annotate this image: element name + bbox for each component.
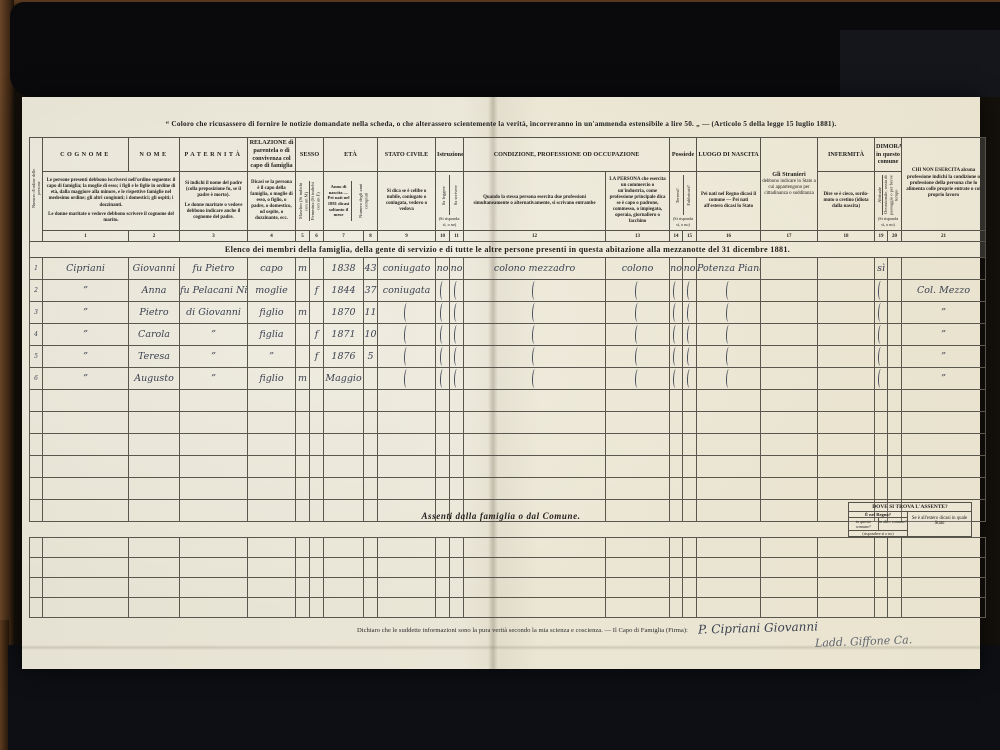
cell-paternita (180, 598, 248, 618)
ditto-squiggle (403, 325, 410, 344)
cell-dim_ab: sì (875, 258, 888, 280)
cell-infermita (818, 390, 875, 412)
cell-nome (129, 456, 180, 478)
cell-anni (364, 478, 378, 500)
colnum-9: 9 (378, 231, 436, 242)
cell-dim_ab (875, 302, 888, 324)
table-row (30, 598, 986, 618)
table-row: 2”Annafu Pelacani Nicolamoglief184437con… (30, 280, 986, 302)
ditto-squiggle (439, 303, 446, 322)
table-row (30, 478, 986, 500)
col-stranieri-header: Gli Stranieri debbono indicare lo Stato … (761, 138, 818, 231)
cell-stranieri (761, 538, 818, 558)
cell-stranieri (761, 478, 818, 500)
cell-persona (606, 368, 670, 390)
cell-dim_ab (875, 478, 888, 500)
col-luogo-header: LUOGO DI NASCITA (697, 138, 761, 172)
cell-stato (378, 346, 436, 368)
cell-relazione (248, 538, 296, 558)
cell-n (30, 578, 43, 598)
law-notice: “ Coloro che ricusassero di fornire le n… (22, 119, 980, 128)
cell-n (30, 456, 43, 478)
cell-scrive (450, 302, 464, 324)
cell-stato (378, 412, 436, 434)
cell-anni: 10 (364, 324, 378, 346)
cell-infermita (818, 368, 875, 390)
cell-anno (324, 390, 364, 412)
desc-donne-maritate: Le donne maritate o vedove debbono scriv… (45, 212, 177, 224)
ditto-squiggle (403, 303, 410, 322)
cell-infermita (818, 598, 875, 618)
dimora-abituale-label: Abituale (877, 187, 882, 203)
cell-nome (129, 390, 180, 412)
cell-n: 3 (30, 302, 43, 324)
cell-persona (606, 412, 670, 434)
cell-sm (296, 598, 310, 618)
cell-professione (464, 324, 606, 346)
stranieri-desc: debbono indicare lo Stato a cui apparten… (762, 179, 816, 197)
colnum-12: 12 (464, 231, 606, 242)
cell-luogo (697, 478, 761, 500)
cell-sf (310, 578, 324, 598)
cell-fabbricati (683, 412, 697, 434)
sa-scrivere-label: Sa scrivere (453, 185, 458, 205)
cell-persona (606, 346, 670, 368)
cell-luogo (697, 280, 761, 302)
cell-fabbricati (683, 324, 697, 346)
colnum-2: 2 (129, 231, 180, 242)
cell-sm: m (296, 368, 310, 390)
cell-stato (378, 390, 436, 412)
cell-paternita (180, 434, 248, 456)
cell-nome (129, 558, 180, 578)
col-possiede-header: Possiede (670, 138, 697, 172)
colnum-7: 7 (324, 231, 364, 242)
cell-dim_oc (888, 412, 902, 434)
cell-stranieri (761, 558, 818, 578)
cell-professione (464, 390, 606, 412)
cell-paternita (180, 478, 248, 500)
desc-nome-padre: Si indichi il nome del padre (colla prep… (182, 181, 245, 199)
cell-fabbricati (683, 598, 697, 618)
header-titles-row: Numero d'ordine delle persone COGNOME NO… (30, 138, 986, 172)
cell-paternita: fu Pelacani Nicola (180, 280, 248, 302)
cell-n (30, 412, 43, 434)
cell-terreni (670, 324, 683, 346)
cell-legge (436, 412, 450, 434)
cell-anno (324, 598, 364, 618)
cell-scrive (450, 346, 464, 368)
dove-estero-label: Se è all'estero dicasi in quale Stato (908, 512, 971, 536)
cell-relazione: moglie (248, 280, 296, 302)
colnum-14: 14 (670, 231, 683, 242)
cell-dim_ab (875, 598, 888, 618)
cell-alimenta (902, 390, 986, 412)
cell-luogo: Potenza Piana (697, 258, 761, 280)
desc-cognome-padre: Le donne maritate o vedove debbono indic… (182, 203, 245, 221)
cell-dim_ab (875, 368, 888, 390)
dove-nota: (rispondere sì o no) (849, 530, 907, 536)
sesso-maschio-label: Maschio (Si indichi con un M) (298, 181, 309, 221)
cell-sm (296, 434, 310, 456)
cell-alimenta: ” (902, 324, 986, 346)
cell-infermita (818, 538, 875, 558)
sa-leggere-label: Sa leggere (441, 186, 446, 205)
cell-nome (129, 598, 180, 618)
elenco-subtitle: Elenco dei membri della famiglia, della … (30, 242, 986, 258)
infermita-desc: Dire se è cieco, sordo-muto o cretino (i… (818, 172, 875, 231)
cell-luogo (697, 346, 761, 368)
cell-paternita (180, 390, 248, 412)
table-row: 4”Carola”figliaf187110” (30, 324, 986, 346)
cell-professione (464, 346, 606, 368)
cell-anno (324, 456, 364, 478)
cell-anno (324, 558, 364, 578)
cell-legge (436, 390, 450, 412)
cell-dim_ab (875, 346, 888, 368)
cell-infermita (818, 578, 875, 598)
cell-legge (436, 434, 450, 456)
cell-infermita (818, 258, 875, 280)
cell-dim_ab (875, 456, 888, 478)
cell-sf: f (310, 324, 324, 346)
declaration-text: Dichiaro che le suddette informazioni so… (357, 627, 688, 634)
colnum-5: 5 (296, 231, 310, 242)
cell-dim_oc (888, 346, 902, 368)
cell-infermita (818, 324, 875, 346)
ditto-squiggle (439, 369, 446, 388)
ditto-squiggle (531, 347, 538, 366)
colnum-4: 4 (248, 231, 296, 242)
possiede-note: (Si risponda sì, o no) (672, 216, 694, 227)
dove-regno-block: È nel Regno? in questo comune? in altro … (849, 512, 908, 536)
cell-anni (364, 598, 378, 618)
ditto-squiggle (403, 369, 410, 388)
cell-legge (436, 538, 450, 558)
ditto-squiggle (634, 347, 641, 366)
cell-dim_oc (888, 280, 902, 302)
cell-professione (464, 538, 606, 558)
luogo-desc: Pei nati nel Regno dicasi il comune — Pe… (697, 172, 761, 231)
stato-civile-desc: Si dica se è celibe o nubile, coniugato … (378, 172, 436, 231)
cell-professione (464, 302, 606, 324)
colnum-18: 18 (818, 231, 875, 242)
cell-anni (364, 390, 378, 412)
cell-relazione (248, 412, 296, 434)
cell-infermita (818, 558, 875, 578)
ditto-squiggle (725, 303, 732, 322)
assenti-title: Assenti dalla famiglia o dal Comune. (29, 511, 973, 521)
cell-relazione (248, 390, 296, 412)
cell-paternita (180, 538, 248, 558)
sesso-subcols: Maschio (Si indichi con un M) Femmina (S… (296, 172, 324, 231)
cell-terreni (670, 412, 683, 434)
cell-professione (464, 456, 606, 478)
cell-terreni (670, 346, 683, 368)
ditto-squiggle (634, 281, 641, 300)
cell-dim_oc (888, 390, 902, 412)
cell-stato (378, 324, 436, 346)
dove-questo-comune: in questo comune? (849, 518, 878, 530)
cell-professione: colono mezzadro (464, 258, 606, 280)
ditto-squiggle (686, 369, 693, 388)
subtitle-row: Elenco dei membri della famiglia, della … (30, 242, 986, 258)
cell-n: 6 (30, 368, 43, 390)
cell-sf (310, 412, 324, 434)
cell-cognome: ” (43, 346, 129, 368)
cell-nome: Carola (129, 324, 180, 346)
cell-alimenta (902, 456, 986, 478)
dimora-note: (Si risponda sì, o no) (877, 216, 899, 227)
col-dimora-header: DIMORA in questo comune (875, 138, 902, 172)
cell-dim_ab (875, 390, 888, 412)
cell-paternita: ” (180, 346, 248, 368)
cell-scrive (450, 280, 464, 302)
ditto-squiggle (686, 281, 693, 300)
cell-terreni: no (670, 258, 683, 280)
cell-anno (324, 412, 364, 434)
ditto-squiggle (453, 347, 460, 366)
cell-stranieri (761, 258, 818, 280)
cell-persona (606, 302, 670, 324)
cell-anni (364, 368, 378, 390)
cell-professione (464, 434, 606, 456)
cell-paternita (180, 412, 248, 434)
cell-nome (129, 538, 180, 558)
ditto-squiggle (634, 303, 641, 322)
col-eta-header: ETÀ (324, 138, 378, 172)
desc-persone-presenti: Le persone presenti debbono iscriversi n… (45, 178, 177, 209)
colnum-17: 17 (761, 231, 818, 242)
cell-anno: 1876 (324, 346, 364, 368)
cell-n: 2 (30, 280, 43, 302)
cell-legge (436, 346, 450, 368)
cell-scrive: no (450, 258, 464, 280)
cell-relazione: capo (248, 258, 296, 280)
cell-anni (364, 434, 378, 456)
cell-sf (310, 478, 324, 500)
cell-dim_ab (875, 434, 888, 456)
cell-legge (436, 368, 450, 390)
cell-stranieri (761, 598, 818, 618)
cell-dim_ab (875, 324, 888, 346)
cell-sm: m (296, 302, 310, 324)
ditto-squiggle (531, 325, 538, 344)
cell-sf (310, 598, 324, 618)
cell-alimenta (902, 558, 986, 578)
persona-desc: LA PERSONA che esercita un commercio o u… (606, 172, 670, 231)
cell-relazione (248, 434, 296, 456)
ditto-squiggle (439, 325, 446, 344)
cell-cognome (43, 434, 129, 456)
cell-dim_oc (888, 598, 902, 618)
cell-sm (296, 412, 310, 434)
cell-scrive (450, 390, 464, 412)
ditto-squiggle (439, 281, 446, 300)
cell-anno: 1838 (324, 258, 364, 280)
cell-relazione: figlia (248, 324, 296, 346)
cell-nome: Anna (129, 280, 180, 302)
cell-terreni (670, 538, 683, 558)
cell-stranieri (761, 434, 818, 456)
cell-infermita (818, 412, 875, 434)
ditto-squiggle (634, 325, 641, 344)
cell-anno (324, 434, 364, 456)
cell-n: 1 (30, 258, 43, 280)
cell-stato (378, 302, 436, 324)
cell-alimenta: ” (902, 346, 986, 368)
table-row (30, 578, 986, 598)
cell-luogo (697, 578, 761, 598)
colnum-1: 1 (43, 231, 129, 242)
cell-stranieri (761, 456, 818, 478)
cell-dim_ab (875, 412, 888, 434)
cell-scrive (450, 434, 464, 456)
table-row: 3”Pietrodi Giovannifigliom187011” (30, 302, 986, 324)
cell-fabbricati (683, 478, 697, 500)
cell-n: 4 (30, 324, 43, 346)
cell-infermita (818, 456, 875, 478)
cell-fabbricati (683, 434, 697, 456)
table-row (30, 558, 986, 578)
cell-anni: 5 (364, 346, 378, 368)
cell-terreni (670, 456, 683, 478)
cell-stranieri (761, 280, 818, 302)
istruzione-note: (Si risponda: sì, o no) (438, 216, 461, 227)
assenti-table (29, 537, 986, 618)
cell-luogo (697, 456, 761, 478)
ditto-squiggle (878, 303, 885, 322)
cell-alimenta: ” (902, 302, 986, 324)
cell-terreni (670, 280, 683, 302)
cell-stato (378, 558, 436, 578)
cell-professione (464, 412, 606, 434)
cell-alimenta (902, 578, 986, 598)
cell-relazione (248, 578, 296, 598)
cell-sf (310, 390, 324, 412)
cell-anni (364, 558, 378, 578)
cell-terreni (670, 558, 683, 578)
table-row (30, 390, 986, 412)
cell-dim_oc (888, 302, 902, 324)
cell-sm (296, 478, 310, 500)
cell-stato (378, 578, 436, 598)
cell-anni (364, 412, 378, 434)
terreni-label: Terreni? (675, 188, 680, 203)
cell-infermita (818, 478, 875, 500)
cell-sf (310, 368, 324, 390)
ditto-squiggle (725, 369, 732, 388)
assenti-body (30, 538, 986, 618)
ditto-squiggle (531, 369, 538, 388)
cell-cognome (43, 478, 129, 500)
cell-n (30, 538, 43, 558)
cell-alimenta (902, 478, 986, 500)
cell-alimenta (902, 258, 986, 280)
cell-fabbricati (683, 538, 697, 558)
fabbricati-label: Fabbricati? (686, 185, 691, 206)
cell-stato (378, 598, 436, 618)
cell-anni (364, 456, 378, 478)
ditto-squiggle (725, 325, 732, 344)
eta-anno-label: Anno di nascita — Pei nati nel 1881 dica… (326, 181, 351, 221)
cell-sm (296, 390, 310, 412)
cell-professione (464, 280, 606, 302)
cell-infermita (818, 434, 875, 456)
cell-anno: 1870 (324, 302, 364, 324)
cell-legge (436, 280, 450, 302)
cell-sf (310, 434, 324, 456)
declaration-block: Dichiaro che le suddette informazioni so… (357, 621, 972, 635)
cell-terreni (670, 478, 683, 500)
cell-legge (436, 558, 450, 578)
cell-dim_ab (875, 280, 888, 302)
cell-n (30, 598, 43, 618)
cell-legge (436, 578, 450, 598)
table-row (30, 456, 986, 478)
cell-alimenta (902, 434, 986, 456)
ditto-squiggle (453, 369, 460, 388)
cell-legge (436, 478, 450, 500)
cell-luogo (697, 412, 761, 434)
cell-professione (464, 598, 606, 618)
ditto-squiggle (453, 303, 460, 322)
cell-relazione (248, 558, 296, 578)
cell-terreni (670, 302, 683, 324)
cell-stranieri (761, 324, 818, 346)
istruzione-subcols: Sa leggere Sa scrivere (Si risponda: sì,… (436, 172, 464, 231)
cell-cognome (43, 578, 129, 598)
cell-persona (606, 558, 670, 578)
cell-sf (310, 538, 324, 558)
table-row: 5”Teresa””f18765” (30, 346, 986, 368)
relazione-desc: Dicasi se la persona è il capo della fam… (248, 172, 296, 231)
cell-paternita: ” (180, 368, 248, 390)
cell-paternita (180, 558, 248, 578)
cell-nome: Giovanni (129, 258, 180, 280)
cell-anni: 43 (364, 258, 378, 280)
cell-luogo (697, 538, 761, 558)
cell-anno (324, 478, 364, 500)
cell-sf (310, 558, 324, 578)
cell-persona (606, 578, 670, 598)
cell-dim_oc (888, 578, 902, 598)
cell-paternita: di Giovanni (180, 302, 248, 324)
ditto-squiggle (725, 347, 732, 366)
table-row: 1CiprianiGiovannifu Pietrocapom183843con… (30, 258, 986, 280)
cell-anni (364, 578, 378, 598)
cell-persona (606, 598, 670, 618)
cell-fabbricati (683, 302, 697, 324)
cell-fabbricati (683, 558, 697, 578)
dimora-occasionale-label: Occasionale, ossia di passaggio o per br… (883, 175, 899, 215)
cell-cognome (43, 538, 129, 558)
cell-cognome: ” (43, 324, 129, 346)
cell-anni: 37 (364, 280, 378, 302)
cell-nome (129, 434, 180, 456)
ditto-squiggle (673, 281, 680, 300)
ditto-squiggle (686, 325, 693, 344)
cell-cognome: ” (43, 280, 129, 302)
stranieri-title: Gli Stranieri (762, 171, 816, 179)
ditto-squiggle (673, 303, 680, 322)
cell-sm (296, 456, 310, 478)
dove-altro-comune: in altro comune? (878, 518, 908, 530)
cell-alimenta: Col. Mezzo (902, 280, 986, 302)
cell-fabbricati: no (683, 258, 697, 280)
cell-persona (606, 324, 670, 346)
cell-stranieri (761, 412, 818, 434)
